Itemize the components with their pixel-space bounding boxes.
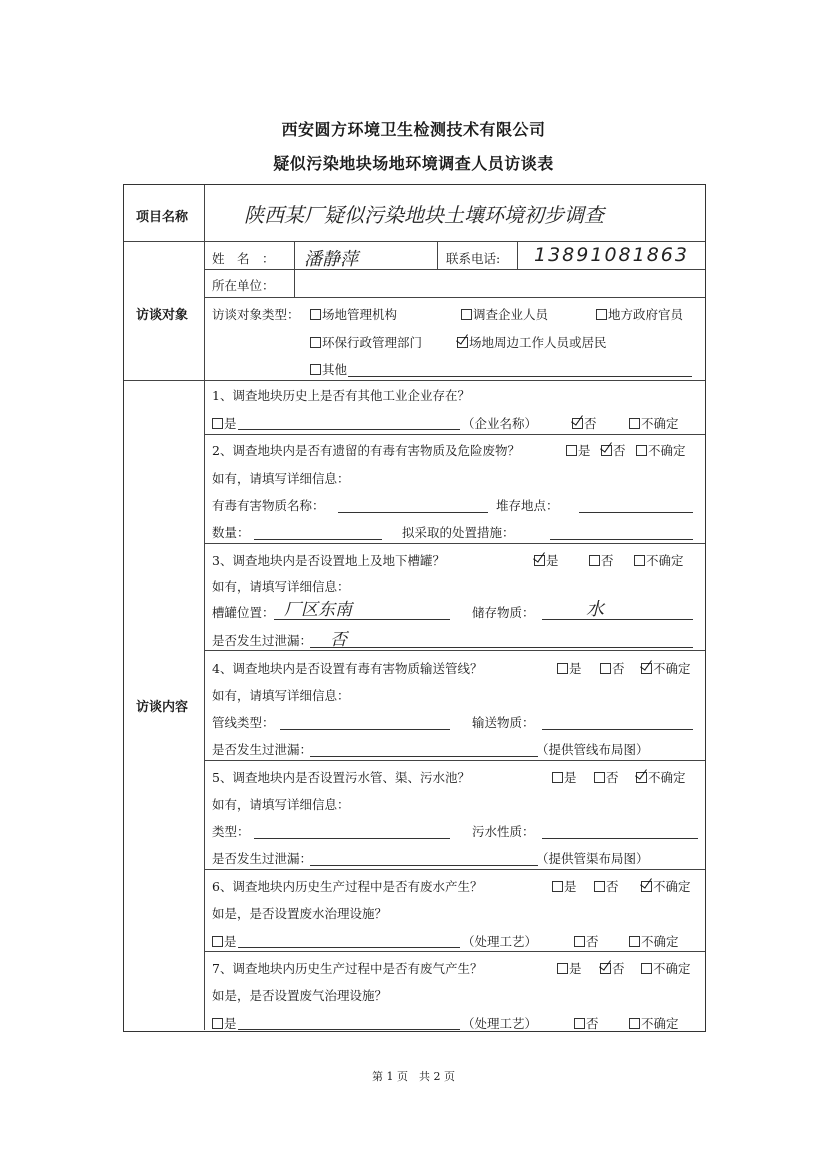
checkbox[interactable] [589, 555, 600, 566]
checkbox-checked[interactable] [641, 663, 652, 674]
q6-process-note: （处理工艺） [462, 932, 537, 950]
divider [204, 951, 705, 952]
checkbox[interactable] [557, 663, 568, 674]
type-option-government-official[interactable]: 地方政府官员 [596, 305, 683, 323]
type-option-enterprise-staff[interactable]: 调查企业人员 [461, 305, 548, 323]
q7-sub-option-unsure[interactable]: 不确定 [629, 1014, 679, 1032]
checkbox[interactable] [641, 963, 652, 974]
q2-location-field[interactable] [579, 512, 693, 513]
checkbox[interactable] [557, 963, 568, 974]
form-title: 疑似污染地块场地环境调查人员访谈表 [0, 151, 827, 174]
q4-type-field[interactable] [280, 729, 450, 730]
phone-label: 联系电话: [446, 249, 500, 267]
type-option-other[interactable]: 其他 [310, 360, 347, 378]
q2-option-unsure[interactable]: 不确定 [636, 441, 686, 459]
q6-sub-question: 如是，是否设置废水治理设施？ [212, 904, 387, 922]
checkbox[interactable] [629, 1018, 640, 1029]
other-field[interactable] [348, 376, 692, 377]
checkbox[interactable] [634, 555, 645, 566]
q4-option-no[interactable]: 否 [600, 659, 625, 677]
q4-option-unsure[interactable]: 不确定 [641, 659, 691, 677]
q4-type-label: 管线类型： [212, 713, 275, 731]
q6-sub-option-yes[interactable]: 是 [212, 932, 237, 950]
q2-quantity-label: 数量： [212, 523, 250, 541]
checkbox-checked[interactable] [534, 555, 545, 566]
checkbox-checked[interactable] [641, 881, 652, 892]
q3-option-unsure[interactable]: 不确定 [634, 551, 684, 569]
q1-company-note: （企业名称） [462, 414, 537, 432]
q3-detail-prompt: 如有，请填写详细信息： [212, 577, 350, 595]
q3-leak-underline [310, 647, 693, 648]
divider [437, 241, 438, 269]
q4-leak-field[interactable] [310, 756, 538, 757]
q5-detail-prompt: 如有，请填写详细信息： [212, 795, 350, 813]
q2-detail-prompt: 如有，请填写详细信息： [212, 469, 350, 487]
q5-option-yes[interactable]: 是 [552, 768, 577, 786]
checkbox-checked[interactable] [600, 963, 611, 974]
divider [124, 241, 705, 242]
q4-material-label: 输送物质： [472, 713, 535, 731]
q7-option-unsure[interactable]: 不确定 [641, 959, 691, 977]
q2-disposal-field[interactable] [550, 539, 693, 540]
checkbox[interactable] [600, 663, 611, 674]
q2-substance-field[interactable] [338, 512, 488, 513]
q3-question: 3、调查地块内是否设置地上及地下槽罐？ [212, 551, 445, 569]
q5-leak-field[interactable] [310, 865, 538, 866]
q4-leak-label: 是否发生过泄漏： [212, 740, 312, 758]
q3-material-label: 储存物质： [472, 603, 535, 621]
checkbox[interactable] [594, 881, 605, 892]
checkbox[interactable] [552, 881, 563, 892]
checkbox[interactable] [596, 309, 607, 320]
q1-option-yes[interactable]: 是 [212, 414, 237, 432]
q7-question: 7、调查地块内历史生产过程中是否有废气产生？ [212, 959, 482, 977]
q3-location-field[interactable]: 厂区东南 [284, 595, 352, 620]
q7-option-yes[interactable]: 是 [557, 959, 582, 977]
divider [204, 760, 705, 761]
q6-process-field[interactable] [238, 947, 460, 948]
type-option-site-management[interactable]: 场地管理机构 [310, 305, 397, 323]
q5-option-unsure[interactable]: 不确定 [636, 768, 686, 786]
q7-sub-option-yes[interactable]: 是 [212, 1014, 237, 1032]
q4-layout-note: （提供管线布局图） [536, 740, 649, 758]
q3-leak-field[interactable]: 否 [330, 625, 347, 650]
divider [204, 297, 705, 298]
q1-question: 1、调查地块历史上是否有其他工业企业存在？ [212, 386, 470, 404]
checkbox[interactable] [574, 936, 585, 947]
divider [517, 241, 518, 269]
q5-type-field[interactable] [254, 838, 450, 839]
q6-option-yes[interactable]: 是 [552, 877, 577, 895]
q2-quantity-field[interactable] [254, 539, 382, 540]
q2-option-yes[interactable]: 是 [566, 441, 591, 459]
q3-material-underline [542, 619, 693, 620]
checkbox[interactable] [212, 1018, 223, 1029]
q4-material-field[interactable] [542, 729, 693, 730]
q3-leak-label: 是否发生过泄漏： [212, 631, 312, 649]
checkbox[interactable] [629, 418, 640, 429]
divider [204, 650, 705, 651]
q5-layout-note: （提供管渠布局图） [536, 849, 649, 867]
q7-sub-question: 如是，是否设置废气治理设施？ [212, 986, 387, 1004]
q2-substance-label: 有毒有害物质名称： [212, 496, 325, 514]
q5-nature-field[interactable] [542, 838, 698, 839]
unit-label: 所在单位： [212, 276, 275, 294]
q4-question: 4、调查地块内是否设置有毒有害物质输送管线？ [212, 659, 482, 677]
checkbox[interactable] [461, 309, 472, 320]
q4-option-yes[interactable]: 是 [557, 659, 582, 677]
q7-sub-option-no[interactable]: 否 [574, 1014, 599, 1032]
divider [204, 434, 705, 435]
checkbox[interactable] [310, 364, 321, 375]
checkbox[interactable] [636, 445, 647, 456]
checkbox-checked[interactable] [636, 772, 647, 783]
checkbox-checked[interactable] [572, 418, 583, 429]
phone-field[interactable]: 13891081863 [534, 244, 689, 266]
type-option-nearby-resident[interactable]: 场地周边工作人员或居民 [457, 333, 607, 351]
q1-option-no[interactable]: 否 [572, 414, 597, 432]
q5-nature-label: 污水性质： [472, 822, 535, 840]
checkbox-checked[interactable] [601, 445, 612, 456]
checkbox[interactable] [594, 772, 605, 783]
divider [204, 543, 705, 544]
checkbox[interactable] [574, 1018, 585, 1029]
type-label: 访谈对象类型： [212, 305, 300, 323]
q4-detail-prompt: 如有，请填写详细信息： [212, 686, 350, 704]
divider [204, 269, 705, 270]
checkbox[interactable] [552, 772, 563, 783]
unit-field[interactable] [299, 271, 699, 295]
q2-disposal-label: 拟采取的处置措施： [402, 523, 515, 541]
name-field[interactable]: 潘静萍 [304, 245, 358, 271]
q5-leak-label: 是否发生过泄漏： [212, 849, 312, 867]
q2-location-label: 堆存地点： [496, 496, 559, 514]
checkbox[interactable] [212, 936, 223, 947]
q1-option-unsure[interactable]: 不确定 [629, 414, 679, 432]
q6-sub-option-unsure[interactable]: 不确定 [629, 932, 679, 950]
q3-location-label: 槽罐位置： [212, 603, 275, 621]
q1-company-field[interactable] [238, 429, 460, 430]
company-name: 西安圆方环境卫生检测技术有限公司 [0, 117, 827, 140]
checkbox[interactable] [212, 418, 223, 429]
project-name-field[interactable]: 陕西某厂疑似污染地块土壤环境初步调查 [244, 199, 604, 228]
checkbox[interactable] [310, 309, 321, 320]
interview-table: 项目名称 陕西某厂疑似污染地块土壤环境初步调查 访谈对象 姓 名 ： 潘静萍 联… [123, 184, 706, 1032]
page-number: 第 1 页 共 2 页 [0, 1068, 827, 1084]
divider [204, 869, 705, 870]
divider [124, 380, 705, 381]
checkbox[interactable] [629, 936, 640, 947]
q7-process-field[interactable] [238, 1029, 460, 1030]
content-section-label: 访谈内容 [136, 696, 188, 715]
q2-question: 2、调查地块内是否有遗留的有毒有害物质及危险废物？ [212, 441, 520, 459]
q6-sub-option-no[interactable]: 否 [574, 932, 599, 950]
q3-material-field[interactable]: 水 [586, 595, 604, 621]
q3-option-yes[interactable]: 是 [534, 551, 559, 569]
checkbox[interactable] [310, 337, 321, 348]
checkbox[interactable] [566, 445, 577, 456]
q6-option-unsure[interactable]: 不确定 [641, 877, 691, 895]
q3-option-no[interactable]: 否 [589, 551, 614, 569]
q6-question: 6、调查地块内历史生产过程中是否有废水产生？ [212, 877, 482, 895]
project-label: 项目名称 [136, 206, 188, 225]
interviewee-section-label: 访谈对象 [136, 304, 188, 323]
name-label: 姓 名 ： [212, 249, 275, 267]
q5-type-label: 类型： [212, 822, 250, 840]
type-option-environmental-admin[interactable]: 环保行政管理部门 [310, 333, 422, 351]
q5-option-no[interactable]: 否 [594, 768, 619, 786]
q5-question: 5、调查地块内是否设置污水管、渠、污水池？ [212, 768, 470, 786]
q6-option-no[interactable]: 否 [594, 877, 619, 895]
column-divider [204, 185, 205, 1030]
checkbox-checked[interactable] [457, 337, 468, 348]
q7-option-no[interactable]: 否 [600, 959, 625, 977]
q2-option-no[interactable]: 否 [601, 441, 626, 459]
q7-process-note: （处理工艺） [462, 1014, 537, 1032]
